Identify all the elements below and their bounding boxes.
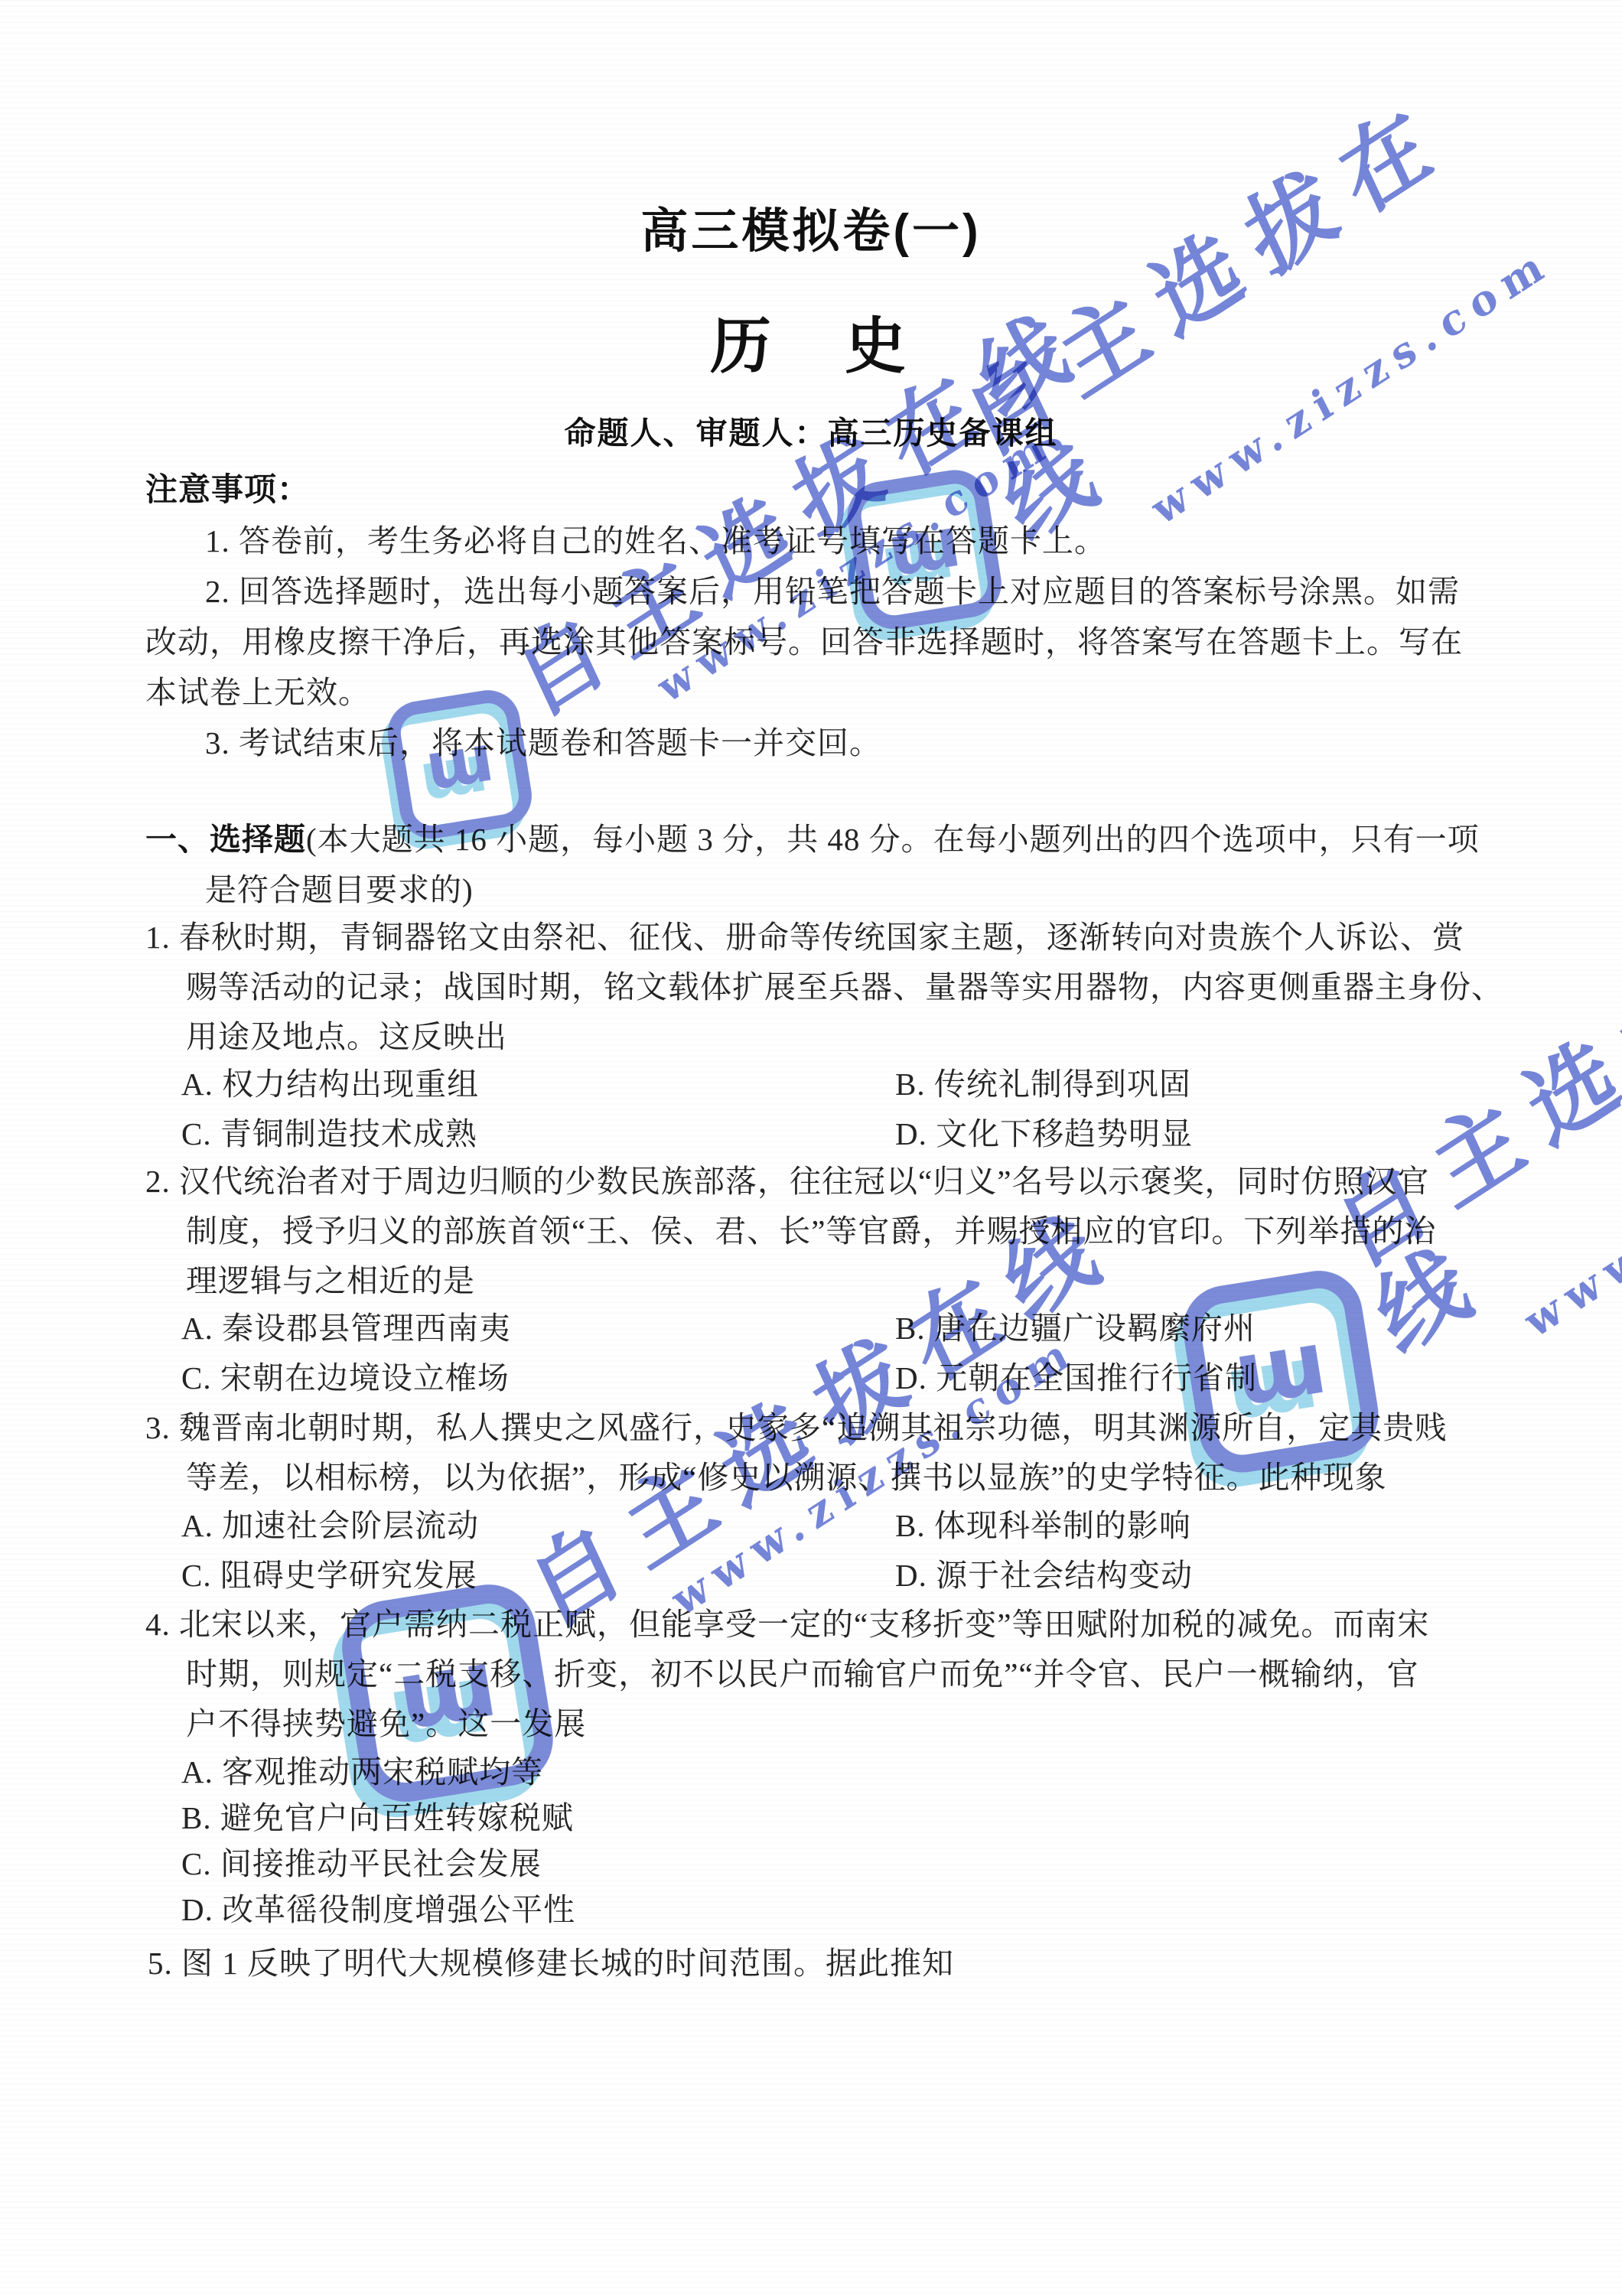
- q2-option-d: D. 元朝在全国推行行省制: [895, 1360, 1257, 1396]
- q1-stem-line-1: 1. 春秋时期，青铜器铭文由祭祀、征伐、册命等传统国家主题，逐渐转向对贵族个人诉…: [145, 920, 1464, 956]
- q3-option-b: B. 体现科举制的影响: [895, 1508, 1191, 1544]
- notice-item-3: 3. 考试结束后，将本试题卷和答题卡一并交回。: [205, 725, 881, 761]
- q5-stem-line-1: 5. 图 1 反映了明代大规模修建长城的时间范围。据此推知: [148, 1946, 954, 1982]
- q3-option-c: C. 阻碍史学研究发展: [181, 1558, 477, 1594]
- exam-title: 高三模拟卷(一): [0, 193, 1622, 261]
- q4-option-d: D. 改革徭役制度增强公平性: [181, 1892, 575, 1928]
- notice-item-2-line-2: 改动，用橡皮擦干净后，再选涂其他答案标号。回答非选择题时，将答案写在答题卡上。写…: [145, 624, 1463, 660]
- q3-option-d: D. 源于社会结构变动: [895, 1558, 1193, 1594]
- q2-option-b: B. 唐在边疆广设羁縻府州: [895, 1311, 1256, 1347]
- q4-stem-line-2: 时期，则规定“二税支移、折变，初不以民户而输官户而免”“并令官、民户一概输纳，官: [186, 1656, 1419, 1692]
- q4-option-a: A. 客观推动两宋税赋均等: [181, 1754, 543, 1790]
- q4-option-c: C. 间接推动平民社会发展: [181, 1846, 542, 1882]
- q1-option-b: B. 传统礼制得到巩固: [895, 1067, 1191, 1102]
- q1-option-d: D. 文化下移趋势明显: [895, 1116, 1193, 1152]
- byline: 命题人、审题人：高三历史备课组: [0, 408, 1622, 453]
- q4-stem-line-1: 4. 北宋以来，官户需纳二税正赋，但能享受一定的“支移折变”等田赋附加税的减免。…: [145, 1607, 1429, 1643]
- q4-stem-line-3: 户不得挟势避免”。这一发展: [186, 1706, 586, 1742]
- q4-option-b: B. 避免官户向百姓转嫁税赋: [181, 1800, 574, 1836]
- notice-item-2-line-3: 本试卷上无效。: [145, 675, 370, 711]
- q1-stem-line-3: 用途及地点。这反映出: [186, 1019, 507, 1055]
- section-label: 一、选择题: [145, 822, 306, 857]
- q3-stem-line-1: 3. 魏晋南北朝时期，私人撰史之风盛行，史家多“追溯其祖宗功德，明其渊源所自，定…: [145, 1410, 1447, 1446]
- watermark-url-text: www.zizzs.com: [1144, 236, 1558, 535]
- q3-option-a: A. 加速社会阶层流动: [181, 1508, 479, 1544]
- zizzs-logo-icon: ɯ: [383, 686, 536, 843]
- q1-option-c: C. 青铜制造技术成熟: [181, 1116, 477, 1152]
- q3-stem-line-2: 等差，以相标榜，以为依据”，形成“修史以溯源、撰书以显族”的史学特征。此种现象: [186, 1460, 1387, 1496]
- watermark-url-text: www.zizzs.com: [650, 418, 1060, 713]
- notice-item-2-line-1: 2. 回答选择题时，选出每小题答案后，用铅笔把答题卡上对应题目的答案标号涂黑。如…: [205, 574, 1460, 610]
- subject-title: 历 史: [0, 297, 1622, 385]
- q1-stem-line-2: 赐等活动的记录；战国时期，铭文载体扩展至兵器、量器等实用器物，内容更侧重器主身份…: [186, 969, 1503, 1005]
- exam-paper-page: 高三模拟卷(一) 历 史 命题人、审题人：高三历史备课组 注意事项： 1. 答卷…: [0, 0, 1622, 2296]
- q2-stem-line-3: 理逻辑与之相近的是: [186, 1263, 475, 1299]
- q2-stem-line-2: 制度，授予归义的部族首领“王、侯、君、长”等官爵，并赐授相应的官印。下列举措的治: [186, 1213, 1436, 1249]
- notice-heading: 注意事项：: [145, 471, 310, 508]
- q1-option-a: A. 权力结构出现重组: [181, 1067, 479, 1102]
- q2-option-c: C. 宋朝在边境设立榷场: [181, 1360, 510, 1396]
- section-header-line-1: 一、选择题(本大题共 16 小题，每小题 3 分，共 48 分。在每小题列出的四…: [145, 822, 1480, 858]
- section-header-line-2: 是符合题目要求的): [205, 872, 474, 908]
- notice-item-1: 1. 答卷前，考生务必将自己的姓名、准考证号填写在答题卡上。: [205, 523, 1106, 559]
- q2-stem-line-1: 2. 汉代统治者对于周边归顺的少数民族部落，往往冠以“归义”名号以示褒奖，同时仿…: [145, 1164, 1429, 1200]
- watermark-url-text: www.zizzs.com: [1517, 1046, 1622, 1349]
- q2-option-a: A. 秦设郡县管理西南夷: [181, 1311, 511, 1347]
- section-desc: (本大题共 16 小题，每小题 3 分，共 48 分。在每小题列出的四个选项中，…: [306, 822, 1480, 857]
